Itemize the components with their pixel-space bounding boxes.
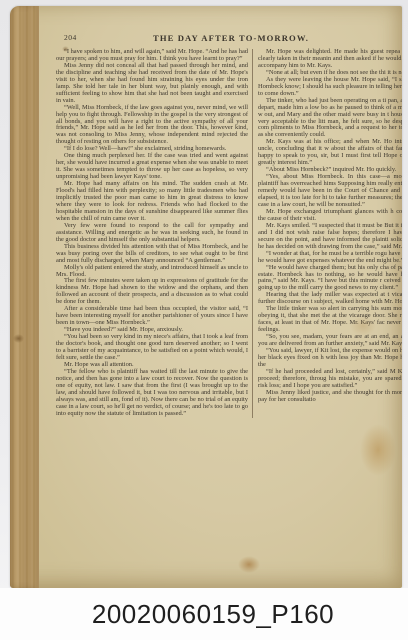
paragraph: Miss Jenny did not conceal all that had … xyxy=(56,63,248,105)
paragraph: “The fellow who is plaintiff has waited … xyxy=(56,369,248,418)
scanned-book-page: 204 THE DAY AFTER TO-MORROW. “I have spo… xyxy=(10,6,402,588)
paragraph: One thing much perplexed her. If the cas… xyxy=(56,153,248,181)
paragraph: The little tinker was so alert in carryi… xyxy=(258,306,402,334)
paragraph: “He would have charged them; but his onl… xyxy=(258,265,402,293)
paragraph: “You had been so very kind in my niece's… xyxy=(56,334,248,362)
paragraph: Mr. Kays was at his office; and when Mr.… xyxy=(258,139,402,167)
archive-label-strip: 20020060159_P160 xyxy=(0,588,408,640)
page-content: 204 THE DAY AFTER TO-MORROW. “I have spo… xyxy=(46,6,402,588)
paragraph: After a considerable time had been thus … xyxy=(56,306,248,327)
paragraph: Mr. Hope was delighted. He made his gues… xyxy=(258,49,402,70)
paragraph: The tinker, who had just been operating … xyxy=(258,98,402,140)
paragraph: The first few minutes were taken up in e… xyxy=(56,278,248,306)
page-number: 204 xyxy=(64,33,77,42)
left-column: “I have spoken to him, and will again,” … xyxy=(56,49,248,418)
paragraph: As they were leaving the house Mr. Hope … xyxy=(258,77,402,98)
paragraph: “If he had proceeded and lost, certainly… xyxy=(258,369,402,390)
paragraph: “Yes, about Miss Hornbeck. In this case—… xyxy=(258,174,402,209)
book-gutter-page-edges xyxy=(10,6,39,588)
paragraph: Mr. Hope exchanged triumphant glances wi… xyxy=(258,209,402,223)
paragraph: Molly's old patient entered the study, a… xyxy=(56,265,248,279)
paragraph: “You said, lawyer, if Kit lost, the expe… xyxy=(258,348,402,369)
paragraph: Very few were found to respond to the ca… xyxy=(56,223,248,244)
paragraph: Miss Jenny liked justice, and she though… xyxy=(258,390,402,404)
paragraph: “So, you see, madam, your fears are at a… xyxy=(258,334,402,348)
page-header: 204 THE DAY AFTER TO-MORROW. xyxy=(46,33,402,44)
running-title: THE DAY AFTER TO-MORROW. xyxy=(46,33,402,43)
paragraph: Hearing that the lady miller was expecte… xyxy=(258,292,402,306)
paragraph: “I have spoken to him, and will again,” … xyxy=(56,49,248,63)
paragraph: Mr. Hope had many affairs on his mind. T… xyxy=(56,181,248,223)
paragraph: “I wonder at that, for he must be a terr… xyxy=(258,251,402,265)
column-divider-rule xyxy=(252,49,253,418)
paragraph: “Well, Miss Hornbeck, if the law goes ag… xyxy=(56,105,248,147)
text-columns: “I have spoken to him, and will again,” … xyxy=(46,49,402,418)
archive-label: 20020060159_P160 xyxy=(74,599,334,630)
paragraph: Mr. Kays smiled. “I suspected that it mu… xyxy=(258,223,402,251)
paragraph: This business divided his attention with… xyxy=(56,244,248,265)
right-column: Mr. Hope was delighted. He made his gues… xyxy=(258,49,402,418)
